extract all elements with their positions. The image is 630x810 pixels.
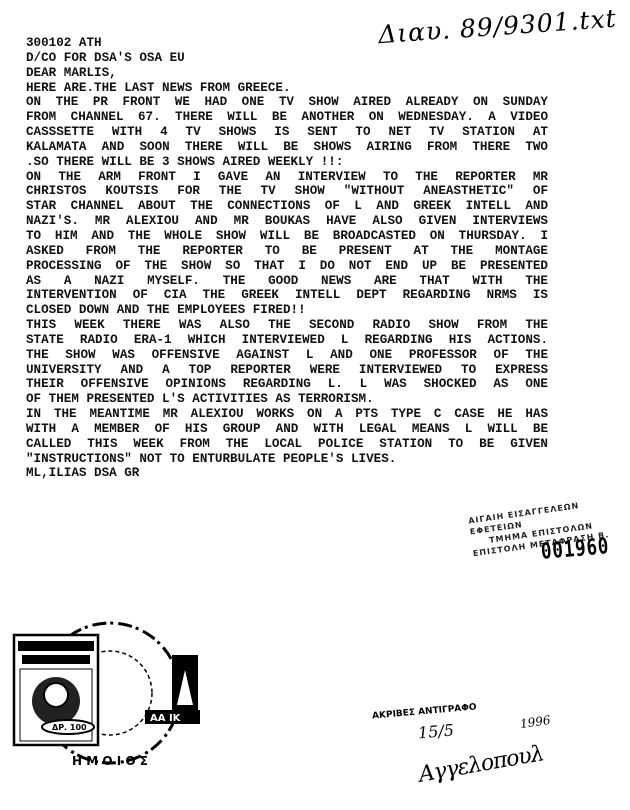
telex-line: NAZI'S. MR ALEXIOU AND MR BOUKAS HAVE AL… bbox=[26, 214, 548, 229]
svg-text:Η Μ Ο Ι Ο Σ: Η Μ Ο Ι Ο Σ bbox=[72, 754, 148, 768]
telex-line: UNIVERSITY AND A TOP REPORTER WERE INTER… bbox=[26, 363, 548, 378]
telex-line: ON THE PR FRONT WE HAD ONE TV SHOW AIRED… bbox=[26, 95, 548, 110]
telex-line: AS A NAZI MYSELF. THE GOOD NEWS ARE THAT… bbox=[26, 274, 548, 289]
telex-line: FROM CHANNEL 67. THERE WILL BE ANOTHER O… bbox=[26, 110, 548, 125]
telex-line: .SO THERE WILL BE 3 SHOWS AIRED WEEKLY !… bbox=[26, 155, 548, 170]
telex-line: STATE RADIO ERA-1 WHICH INTERVIEWED L RE… bbox=[26, 333, 548, 348]
telex-line: D/CO FOR DSA'S OSA EU bbox=[26, 51, 548, 66]
seal-corner-text: ΑΑ ΙΚ bbox=[150, 713, 182, 724]
telex-line: IN THE MEANTIME MR ALEXIOU WORKS ON A PT… bbox=[26, 407, 548, 422]
telex-line: 300102 ATH bbox=[26, 36, 548, 51]
true-copy-date: 15/5 bbox=[417, 720, 454, 742]
telex-line: INTERVENTION OF CIA THE GREEK INTELL DEP… bbox=[26, 288, 548, 303]
revenue-seal: ΔΡ. 100 ΑΑ ΙΚ Η Μ Ο Ι Ο Σ bbox=[10, 615, 210, 775]
telex-line: TO HIM AND THE WHOLE SHOW WILL BE BROADC… bbox=[26, 229, 548, 244]
telex-line: OF THEM PRESENTED L'S ACTIVITIES AS TERR… bbox=[26, 392, 548, 407]
telex-line: ON THE ARM FRONT I GAVE AN INTERVIEW TO … bbox=[26, 170, 548, 185]
telex-line: CASSSETTE WITH 4 TV SHOWS IS SENT TO NET… bbox=[26, 125, 548, 140]
telex-line: KALAMATA AND SOON THERE WILL BE SHOWS AI… bbox=[26, 140, 548, 155]
document-number-stamp: 001960 bbox=[540, 534, 610, 565]
telex-line: ASKED FROM THE REPORTER TO BE PRESENT AT… bbox=[26, 244, 548, 259]
true-copy-stamp: ΑΚΡΙΒΕΣ ΑΝΤΙΓΡΑΦΟ bbox=[372, 702, 477, 721]
document-page: Διαυ. 89/9301.txt 300102 ATHD/CO FOR DSA… bbox=[0, 0, 630, 810]
telex-line: DEAR MARLIS, bbox=[26, 66, 548, 81]
telex-line: PROCESSING OF THE SHOW SO THAT I DO NOT … bbox=[26, 259, 548, 274]
telex-line: THIS WEEK THERE WAS ALSO THE SECOND RADI… bbox=[26, 318, 548, 333]
telex-line: CALLED THIS WEEK FROM THE LOCAL POLICE S… bbox=[26, 437, 548, 452]
true-copy-year: 1996 bbox=[519, 713, 551, 731]
seal-fee-text: ΔΡ. 100 bbox=[52, 723, 87, 732]
signature: Αγγελοπουλ bbox=[417, 741, 546, 788]
telex-line: ML,ILIAS DSA GR bbox=[26, 466, 548, 481]
telex-line: STAR CHANNEL ABOUT THE CONNECTIONS OF L … bbox=[26, 199, 548, 214]
telex-line: WITH A MEMBER OF HIS GROUP AND WITH LEGA… bbox=[26, 422, 548, 437]
telex-body: 300102 ATHD/CO FOR DSA'S OSA EUDEAR MARL… bbox=[26, 36, 548, 481]
telex-line: CLOSED DOWN AND THE EMPLOYEES FIRED!! bbox=[26, 303, 548, 318]
telex-line: "INSTRUCTIONS" NOT TO ENTURBULATE PEOPLE… bbox=[26, 452, 548, 467]
telex-line: HERE ARE.THE LAST NEWS FROM GREECE. bbox=[26, 81, 548, 96]
telex-line: THEIR OFFENSIVE OPINIONS REGARDING L. L … bbox=[26, 377, 548, 392]
telex-line: CHRISTOS KOUTSIS FOR THE TV SHOW "WITHOU… bbox=[26, 184, 548, 199]
telex-line: THE SHOW WAS OFFENSIVE AGAINST L AND ONE… bbox=[26, 348, 548, 363]
